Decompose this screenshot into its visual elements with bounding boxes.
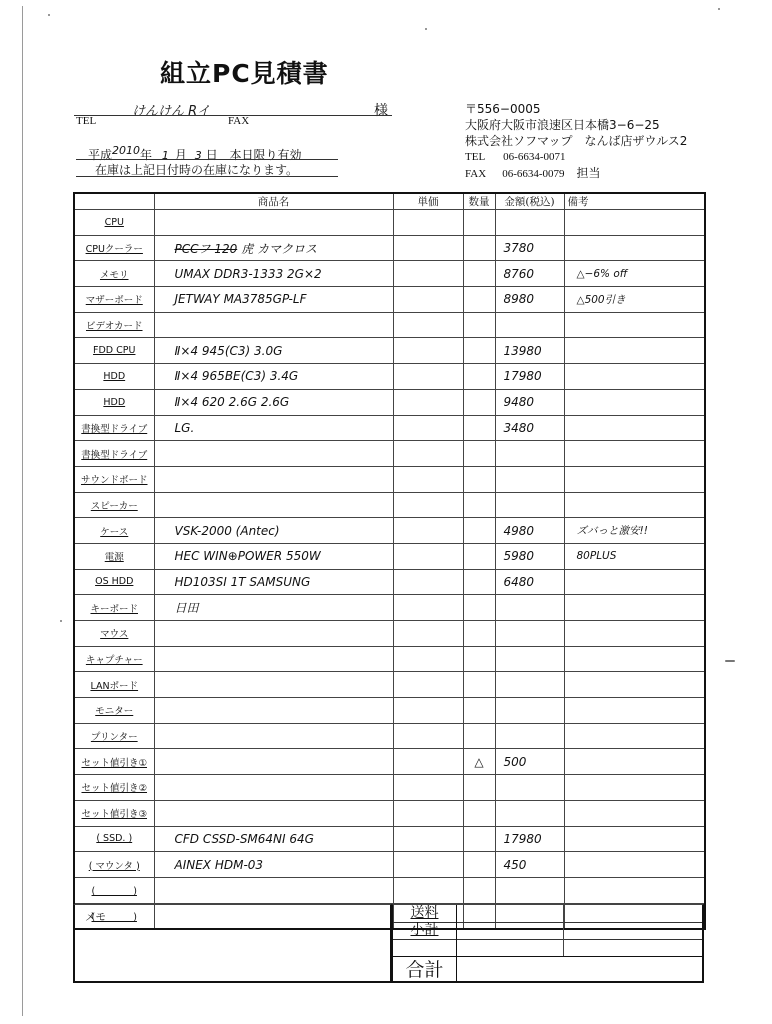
row-unit-price (393, 415, 463, 441)
row-remarks (564, 441, 705, 467)
row-category: 書換型ドライブ (74, 441, 154, 467)
row-amount: 13980 (495, 338, 564, 364)
row-remarks (564, 826, 705, 852)
row-product: Ⅱ×4 965BE(C3) 3.4G (154, 364, 393, 390)
row-remarks: 80PLUS (564, 543, 705, 569)
row-qty (463, 621, 495, 647)
row-unit-price (393, 826, 463, 852)
row-category: FDD CPU (74, 338, 154, 364)
row-category: マザーボード (74, 287, 154, 313)
shipping-label: 送料 (393, 905, 457, 922)
row-qty (463, 441, 495, 467)
row-amount (495, 800, 564, 826)
date-year: 2010 (112, 144, 140, 157)
row-qty (463, 466, 495, 492)
table-header-row: 商品名 単価 数量 金額(税込) 備考 (74, 193, 705, 210)
table-row: ビデオカード (74, 312, 705, 338)
table-row: ( マウンタ )AINEX HDM-03450 (74, 852, 705, 878)
stock-underline (76, 176, 338, 177)
row-qty (463, 338, 495, 364)
row-qty (463, 698, 495, 724)
shop-fax: FAX06-6634-0079担当 (465, 165, 687, 182)
shipping-row: 送料 (393, 905, 702, 923)
row-product (154, 698, 393, 724)
row-unit-price (393, 595, 463, 621)
row-unit-price (393, 210, 463, 236)
row-category: モニター (74, 698, 154, 724)
row-product (154, 312, 393, 338)
row-remarks (564, 569, 705, 595)
row-amount: 17980 (495, 826, 564, 852)
document-title: 組立PC見積書 (160, 54, 329, 90)
row-product (154, 210, 393, 236)
row-qty (463, 569, 495, 595)
row-unit-price (393, 543, 463, 569)
table-row: 書換型ドライブ (74, 441, 705, 467)
row-remarks (564, 646, 705, 672)
row-remarks (564, 312, 705, 338)
tel-label: TEL (76, 115, 96, 127)
table-row: スピーカー (74, 492, 705, 518)
row-remarks (564, 492, 705, 518)
row-amount (495, 672, 564, 698)
row-qty (463, 852, 495, 878)
row-unit-price (393, 261, 463, 287)
table-row: 書換型ドライブLG.3480 (74, 415, 705, 441)
row-unit-price (393, 646, 463, 672)
customer-name: けんけん Rイ (132, 100, 210, 119)
row-qty (463, 389, 495, 415)
row-category: CPU (74, 210, 154, 236)
table-row: マザーボードJETWAY MA3785GP-LF8980△500引き (74, 287, 705, 313)
table-row: CPUクーラーPCCフ 120虎 カマクロス3780 (74, 235, 705, 261)
table-row: セット値引き①△500 (74, 749, 705, 775)
row-product: HD103SI 1T SAMSUNG (154, 569, 393, 595)
row-unit-price (393, 569, 463, 595)
row-amount: 4980 (495, 518, 564, 544)
row-unit-price (393, 698, 463, 724)
row-product (154, 672, 393, 698)
table-row: セット値引き② (74, 775, 705, 801)
row-amount: 450 (495, 852, 564, 878)
header-product: 商品名 (154, 193, 393, 210)
row-unit-price (393, 800, 463, 826)
row-category: ビデオカード (74, 312, 154, 338)
row-unit-price (393, 287, 463, 313)
row-qty (463, 235, 495, 261)
row-remarks (564, 466, 705, 492)
row-category: 電源 (74, 543, 154, 569)
row-qty (463, 364, 495, 390)
row-product (154, 775, 393, 801)
row-product: JETWAY MA3785GP-LF (154, 287, 393, 313)
table-row: HDDⅡ×4 620 2.6G 2.6G9480 (74, 389, 705, 415)
subtotal-label: 小計 (393, 922, 457, 939)
table-row: FDD CPUⅡ×4 945(C3) 3.0G13980 (74, 338, 705, 364)
row-qty (463, 775, 495, 801)
row-amount (495, 210, 564, 236)
row-product (154, 877, 393, 903)
row-unit-price (393, 672, 463, 698)
row-product (154, 646, 393, 672)
table-row: セット値引き③ (74, 800, 705, 826)
row-amount (495, 621, 564, 647)
row-category: ( SSD. ) (74, 826, 154, 852)
row-remarks (564, 415, 705, 441)
row-amount: 8980 (495, 287, 564, 313)
date-underline (76, 159, 338, 160)
row-amount (495, 466, 564, 492)
row-product: CFD CSSD-SM64NI 64G (154, 826, 393, 852)
row-qty (463, 877, 495, 903)
row-amount: 6480 (495, 569, 564, 595)
row-remarks: △−6% off (564, 261, 705, 287)
row-amount: 5980 (495, 543, 564, 569)
row-category: プリンター (74, 723, 154, 749)
row-category: サウンドボード (74, 466, 154, 492)
row-amount: 9480 (495, 389, 564, 415)
row-unit-price (393, 466, 463, 492)
row-amount (495, 877, 564, 903)
row-unit-price (393, 312, 463, 338)
row-remarks (564, 775, 705, 801)
row-remarks: △500引き (564, 287, 705, 313)
row-remarks (564, 749, 705, 775)
row-unit-price (393, 775, 463, 801)
header-category (74, 193, 154, 210)
row-remarks (564, 877, 705, 903)
row-product: Ⅱ×4 945(C3) 3.0G (154, 338, 393, 364)
row-remarks (564, 364, 705, 390)
total-row: 合計 (393, 956, 702, 982)
row-unit-price (393, 749, 463, 775)
row-amount: 8760 (495, 261, 564, 287)
row-category: キーボード (74, 595, 154, 621)
row-qty (463, 543, 495, 569)
row-remarks (564, 852, 705, 878)
row-category: メモリ (74, 261, 154, 287)
row-remarks (564, 723, 705, 749)
shop-info: 〒556−0005 大阪府大阪市浪速区日本橋3−6−25 株式会社ソフマップ な… (465, 101, 687, 182)
table-row: サウンドボード (74, 466, 705, 492)
customer-suffix: 様 (374, 100, 388, 120)
row-unit-price (393, 338, 463, 364)
row-unit-price (393, 364, 463, 390)
shop-address: 大阪府大阪市浪速区日本橋3−6−25 (465, 117, 687, 133)
row-qty (463, 261, 495, 287)
row-product: 日田 (154, 595, 393, 621)
blank-summary-row (393, 939, 702, 957)
row-category: スピーカー (74, 492, 154, 518)
row-product (154, 466, 393, 492)
row-amount (495, 312, 564, 338)
row-unit-price (393, 492, 463, 518)
row-category: ( マウンタ ) (74, 852, 154, 878)
row-product (154, 749, 393, 775)
row-remarks (564, 338, 705, 364)
row-product: HEC WIN⊕POWER 550W (154, 543, 393, 569)
row-amount (495, 723, 564, 749)
row-amount: 3480 (495, 415, 564, 441)
row-category: HDD (74, 364, 154, 390)
table-row: キーボード日田 (74, 595, 705, 621)
row-qty (463, 723, 495, 749)
row-product: PCCフ 120虎 カマクロス (154, 235, 393, 261)
table-row: メモリUMAX DDR3-1333 2G×28760△−6% off (74, 261, 705, 287)
row-amount (495, 595, 564, 621)
row-product (154, 800, 393, 826)
row-qty (463, 800, 495, 826)
row-unit-price (393, 389, 463, 415)
row-remarks (564, 800, 705, 826)
header-remarks: 備考 (564, 193, 705, 210)
row-product (154, 492, 393, 518)
row-category: ケース (74, 518, 154, 544)
table-row: プリンター (74, 723, 705, 749)
row-amount (495, 646, 564, 672)
row-amount (495, 492, 564, 518)
row-qty: △ (463, 749, 495, 775)
row-amount (495, 698, 564, 724)
table-row: ( SSD. )CFD CSSD-SM64NI 64G17980 (74, 826, 705, 852)
row-category: 書換型ドライブ (74, 415, 154, 441)
row-amount: 500 (495, 749, 564, 775)
row-unit-price (393, 441, 463, 467)
shop-postal: 〒556−0005 (465, 101, 687, 117)
row-unit-price (393, 518, 463, 544)
row-remarks (564, 595, 705, 621)
header-qty: 数量 (463, 193, 495, 210)
row-unit-price (393, 877, 463, 903)
row-category: セット値引き② (74, 775, 154, 801)
header-amount: 金額(税込) (495, 193, 564, 210)
row-amount: 17980 (495, 364, 564, 390)
row-unit-price (393, 235, 463, 261)
table-row: ( ) (74, 877, 705, 903)
row-category: キャプチャー (74, 646, 154, 672)
shop-tel: TEL06-6634-0071 (465, 149, 687, 165)
row-product (154, 621, 393, 647)
row-category: セット値引き③ (74, 800, 154, 826)
fax-label: FAX (228, 115, 249, 127)
row-remarks (564, 389, 705, 415)
memo-box: メモ (73, 904, 392, 983)
row-category: LANボード (74, 672, 154, 698)
summary-box: 送料 小計 合計 (392, 904, 704, 983)
row-remarks (564, 235, 705, 261)
row-qty (463, 646, 495, 672)
blank-summary-label (393, 939, 457, 956)
row-qty (463, 312, 495, 338)
table-row: CPU (74, 210, 705, 236)
table-row: モニター (74, 698, 705, 724)
row-unit-price (393, 621, 463, 647)
table-row: マウス (74, 621, 705, 647)
table-row: ケースVSK-2000 (Antec)4980ズバっと激安!! (74, 518, 705, 544)
row-qty (463, 287, 495, 313)
row-product (154, 723, 393, 749)
row-qty (463, 210, 495, 236)
row-category: マウス (74, 621, 154, 647)
row-amount (495, 441, 564, 467)
row-remarks (564, 621, 705, 647)
total-label: 合計 (393, 956, 457, 982)
row-category: ( ) (74, 877, 154, 903)
shop-company: 株式会社ソフマップ なんば店ザウルス2 (465, 133, 687, 149)
table-row: LANボード (74, 672, 705, 698)
row-qty (463, 595, 495, 621)
row-product: UMAX DDR3-1333 2G×2 (154, 261, 393, 287)
row-category: OS HDD (74, 569, 154, 595)
row-category: HDD (74, 389, 154, 415)
row-qty (463, 492, 495, 518)
table-row: HDDⅡ×4 965BE(C3) 3.4G17980 (74, 364, 705, 390)
scan-edge-line (22, 6, 23, 1016)
row-remarks (564, 672, 705, 698)
estimate-table: 商品名 単価 数量 金額(税込) 備考 CPUCPUクーラーPCCフ 120虎 … (73, 192, 706, 930)
table-row: 電源HEC WIN⊕POWER 550W598080PLUS (74, 543, 705, 569)
row-product: AINEX HDM-03 (154, 852, 393, 878)
row-qty (463, 826, 495, 852)
row-unit-price (393, 723, 463, 749)
row-product: Ⅱ×4 620 2.6G 2.6G (154, 389, 393, 415)
row-category: セット値引き① (74, 749, 154, 775)
header-unit-price: 単価 (393, 193, 463, 210)
row-unit-price (393, 852, 463, 878)
subtotal-row: 小計 (393, 922, 702, 940)
row-amount (495, 775, 564, 801)
row-remarks (564, 698, 705, 724)
row-category: CPUクーラー (74, 235, 154, 261)
row-product: LG. (154, 415, 393, 441)
row-remarks (564, 210, 705, 236)
table-row: OS HDDHD103SI 1T SAMSUNG6480 (74, 569, 705, 595)
row-qty (463, 672, 495, 698)
row-remarks: ズバっと激安!! (564, 518, 705, 544)
row-product: VSK-2000 (Antec) (154, 518, 393, 544)
row-qty (463, 518, 495, 544)
memo-label: メモ (85, 909, 106, 924)
table-row: キャプチャー (74, 646, 705, 672)
row-amount: 3780 (495, 235, 564, 261)
row-product (154, 441, 393, 467)
row-qty (463, 415, 495, 441)
